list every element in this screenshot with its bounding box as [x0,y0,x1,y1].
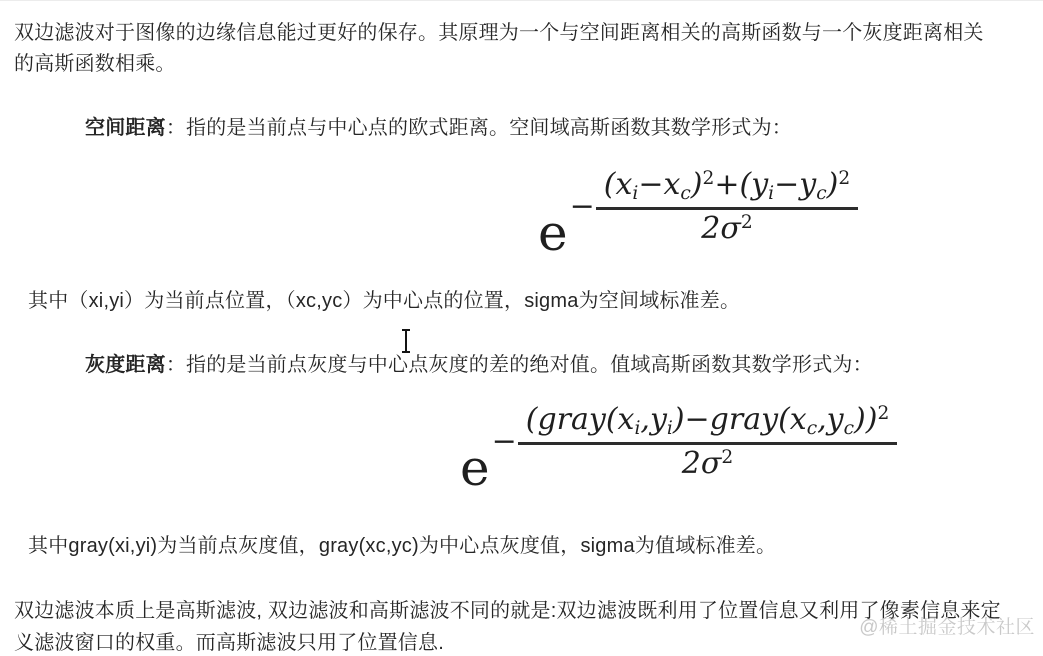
gray-distance-heading: 灰度距离：指的是当前点灰度与中心点灰度的差的绝对值。值域高斯函数其数学形式为： [85,350,1025,381]
formula-part: 2 [721,447,733,468]
gray-gaussian-formula: e − (gray(xi,yi)−gray(xc,yc))2 2σ2 [460,403,897,482]
formula-minus-sign: − [492,427,517,457]
conclusion-paragraph: 双边滤波本质上是高斯滤波, 双边滤波和高斯滤波不同的就是:双边滤波既利用了位置信… [14,595,1002,656]
juejin-watermark: @稀土掘金技术社区 [859,612,1035,639]
gray-note: 其中gray(xi,yi)为当前点灰度值，gray(xc,yc)为中心点灰度值，… [28,531,1008,562]
formula-part: +(y [714,167,768,202]
formula-exponent: − (gray(xi,yi)−gray(xc,yc))2 2σ2 [492,403,898,482]
formula-numerator: (gray(xi,yi)−gray(xc,yc))2 [518,403,898,445]
formula-part: )) [854,402,877,437]
spatial-distance-definition: ：指的是当前点与中心点的欧式距离。空间域高斯函数其数学形式为： [166,117,792,139]
formula-base-e: e [538,213,568,253]
formula-part: )−gray(x [673,402,807,437]
formula-part: 2σ [701,211,741,246]
formula-base-e: e [460,448,490,488]
article-page: 双边滤波对于图像的边缘信息能过更好的保存。其原理为一个与空间距离相关的高斯函数与… [0,0,1043,656]
formula-denominator: 2σ2 [682,445,733,482]
formula-part: 2 [741,212,753,233]
formula-denominator: 2σ2 [701,210,752,247]
spatial-distance-heading: 空间距离：指的是当前点与中心点的欧式距离。空间域高斯函数其数学形式为： [85,113,1025,144]
spatial-note: 其中（xi,yi）为当前点位置，（xc,yc）为中心点的位置，sigma为空间域… [28,286,1008,317]
formula-part: c [844,418,854,439]
formula-minus-sign: − [570,192,595,222]
formula-part: 2 [838,168,850,189]
formula-part: −y [774,167,816,202]
gray-distance-term: 灰度距离 [85,354,166,376]
formula-numerator: (xi−xc)2+(yi−yc)2 [596,168,858,210]
formula-part: (x [604,167,633,202]
formula-fraction: (gray(xi,yi)−gray(xc,yc))2 2σ2 [518,403,898,482]
formula-fraction: (xi−xc)2+(yi−yc)2 2σ2 [596,168,858,247]
formula-part: c [807,418,817,439]
spatial-distance-term: 空间距离 [85,117,166,139]
formula-part: 2 [877,403,889,424]
formula-part: 2σ [682,446,722,481]
formula-part: −x [638,167,680,202]
intro-paragraph: 双边滤波对于图像的边缘信息能过更好的保存。其原理为一个与空间距离相关的高斯函数与… [14,18,989,80]
formula-part: ) [827,167,839,202]
formula-exponent: − (xi−xc)2+(yi−yc)2 2σ2 [570,168,859,247]
formula-part: ,y [640,402,666,437]
formula-part: 2 [703,168,715,189]
formula-part: ,y [817,402,843,437]
formula-part: c [680,183,690,204]
formula-part: c [816,183,826,204]
spatial-gaussian-formula: e − (xi−xc)2+(yi−yc)2 2σ2 [538,168,858,247]
ibeam-stem [405,330,407,352]
formula-part: (gray(x [526,402,635,437]
formula-part: ) [691,167,703,202]
gray-distance-definition: ：指的是当前点灰度与中心点灰度的差的绝对值。值域高斯函数其数学形式为： [166,354,873,376]
